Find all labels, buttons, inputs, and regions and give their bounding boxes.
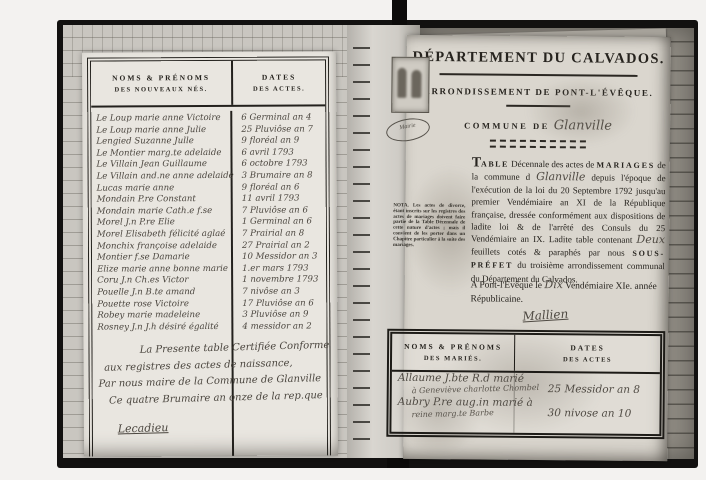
birth-name: Le Villain and.ne anne adelaide: [92, 171, 233, 183]
birth-name: Rosney J.n J.h désiré égalité: [92, 322, 233, 334]
archive-scan-spread: NOMS & PRÉNOMS DES NOUVEAUX NÉS. DATES D…: [0, 0, 706, 480]
births-table-sheet: NOMS & PRÉNOMS DES NOUVEAUX NÉS. DATES D…: [82, 51, 338, 456]
birth-name: Pouelle J.n B.te amand: [92, 287, 233, 299]
birth-name: Lengied Suzanne Julle: [91, 136, 232, 148]
birth-name: Morel J.n P.re Elie: [92, 217, 233, 229]
birth-date: 7 Pluviôse an 6: [233, 205, 308, 217]
birth-date: 17 Pluviôse an 6: [233, 298, 314, 310]
marriage-date-text: 25 Messidor an 8: [548, 383, 640, 396]
birth-date: 1 Germinal an 6: [233, 217, 312, 229]
birth-name: Pouette rose Victoire: [92, 298, 233, 310]
births-dates-header-line1: DATES: [233, 72, 325, 81]
certification-note: La Presente table Certifiée Conforme aux…: [96, 338, 326, 438]
birth-name: Le Loup marie anne Victoire: [91, 113, 232, 125]
births-dates-header-line2: DES ACTES.: [233, 85, 325, 92]
birth-date: 3 Pluviôse an 9: [233, 310, 308, 322]
feuillets-count-handwritten: Deux: [636, 233, 665, 246]
table-description-paragraph: TABLE Décennale des actes de MARIAGES de…: [471, 157, 666, 286]
births-dates-header: DATES DES ACTES.: [233, 60, 325, 104]
birth-date: 6 avril 1793: [232, 147, 293, 159]
marriage-name-line2: à Geneviève charlotte Chombel: [412, 383, 548, 396]
marriage-name: Allaume J.bte R.d marié à Geneviève char…: [392, 372, 548, 397]
binding-stitches: [353, 32, 370, 452]
birth-name: Monchix françoise adelaide: [92, 240, 233, 252]
birth-date: 27 Prairial an 2: [233, 240, 310, 252]
birth-date: 6 octobre 1793: [233, 159, 308, 171]
oval-handstamp-text: Mairie: [399, 123, 416, 132]
birth-name: Lucas marie anne: [92, 182, 233, 194]
births-table: NOMS & PRÉNOMS DES NOUVEAUX NÉS. DATES D…: [87, 56, 331, 456]
table-row: Rosney J.n J.h désiré égalité4 messidor …: [92, 321, 326, 334]
marriages-form-sheet: Mairie DÉPARTEMENT DU CALVADOS. ARRONDIS…: [403, 35, 671, 461]
dateline: A Pont-l'Évêque le Dix Vendémiaire XIe. …: [470, 277, 664, 308]
marriage-date-text: 30 nivose an 10: [548, 407, 632, 420]
marriage-name-line2: reine marg.te Barbe: [411, 407, 547, 420]
birth-date: 9 floréal an 9: [232, 136, 299, 148]
table-row: Allaume J.bte R.d marié à Geneviève char…: [392, 372, 660, 398]
marriages-table-header: NOMS & PRÉNOMS DES MARIÉS. DATES DES ACT…: [392, 334, 660, 374]
birth-name: Le Loup marie anne Julie: [91, 124, 232, 136]
title-rule: [440, 73, 638, 77]
stamp-figure-icon: [397, 68, 406, 98]
births-table-header: NOMS & PRÉNOMS DES NOUVEAUX NÉS. DATES D…: [91, 60, 325, 107]
marriages-table-body: Allaume J.bte R.d marié à Geneviève char…: [391, 372, 660, 434]
mariages-word: MARIAGES: [597, 161, 655, 171]
mayor-signature: Lecadieu: [118, 416, 326, 438]
birth-name: Mondain P.re Constant: [92, 194, 233, 206]
marriages-names-header-line1: NOMS & PRÉNOMS: [392, 342, 514, 352]
birth-name: Mondain marie Cath.e f.se: [92, 206, 233, 218]
table-row: Aubry P.re aug.in marié à reine marg.te …: [391, 396, 659, 422]
birth-date: 10 Messidor an 3: [233, 252, 318, 264]
marriage-name: Aubry P.re aug.in marié à reine marg.te …: [391, 396, 547, 421]
birth-date: 11 avril 1793: [233, 194, 300, 206]
birth-name: Elize marie anne bonne marie: [92, 264, 233, 276]
births-names-header: NOMS & PRÉNOMS DES NOUVEAUX NÉS.: [91, 61, 233, 106]
table-word: ABLE: [481, 160, 509, 169]
birth-name: Morel Elisabeth félicité aglaé: [92, 229, 233, 241]
nota-margin-note: NOTA. Les actes de divorce, étant inscri…: [393, 203, 465, 249]
birth-date: 6 Germinal an 4: [232, 112, 311, 124]
marriages-dates-header-line2: DES ACTES: [515, 356, 660, 364]
commune-handwritten-inline: Glanville: [536, 170, 585, 183]
births-table-body: Le Loup marie anne Victoire6 Germinal an…: [91, 110, 327, 456]
dateline-text: A Pont-l'Évêque le: [471, 280, 545, 291]
birth-name: Robey marie madeleine: [92, 310, 233, 322]
department-title: DÉPARTEMENT DU CALVADOS.: [407, 49, 671, 68]
birth-date: 9 floréal an 6: [233, 182, 300, 194]
birth-date: 3 Brumaire an 8: [233, 170, 313, 182]
marriages-names-header-line2: DES MARIÉS.: [392, 355, 514, 363]
marriages-names-header: NOMS & PRÉNOMS DES MARIÉS.: [392, 334, 515, 371]
birth-date: 4 messidor an 2: [233, 321, 311, 333]
subprefect-signature: Mallien: [522, 307, 569, 324]
births-names-header-line1: NOMS & PRÉNOMS: [91, 73, 231, 83]
marriages-table: NOMS & PRÉNOMS DES MARIÉS. DATES DES ACT…: [386, 329, 665, 439]
marriage-date: 30 nivose an 10: [547, 397, 659, 422]
marriage-date: 25 Messidor an 8: [548, 373, 660, 398]
paragraph-text: Décennale des actes de: [509, 159, 597, 170]
birth-date: 7 Prairial an 8: [233, 228, 304, 240]
marriages-dates-header-line1: DATES: [515, 343, 660, 353]
birth-date: 1 novembre 1793: [233, 275, 318, 287]
birth-date: 25 Pluviôse an 7: [232, 124, 313, 136]
marriages-dates-header: DATES DES ACTES: [515, 335, 660, 372]
stamp-figure-icon: [411, 70, 421, 98]
birth-date: 7 nivôse an 3: [233, 286, 300, 298]
birth-name: Montier f.se Damarie: [92, 252, 233, 264]
paragraph-text: feuillets cotés & paraphés par nous: [471, 246, 633, 257]
births-rows: Le Loup marie anne Victoire6 Germinal an…: [91, 112, 326, 334]
day-handwritten: Dix: [544, 278, 563, 291]
revenue-stamp-icon: [391, 57, 429, 113]
birth-name: Le Villain Jean Guillaume: [92, 159, 233, 171]
birth-name: Le Montier marg.te adelaide: [91, 148, 232, 160]
births-names-header-line2: DES NOUVEAUX NÉS.: [91, 86, 231, 94]
paper-stain: [526, 76, 637, 147]
birth-date: 1.er mars 1793: [233, 263, 309, 275]
birth-name: Coru J.n Ch.es Victor: [92, 275, 233, 287]
